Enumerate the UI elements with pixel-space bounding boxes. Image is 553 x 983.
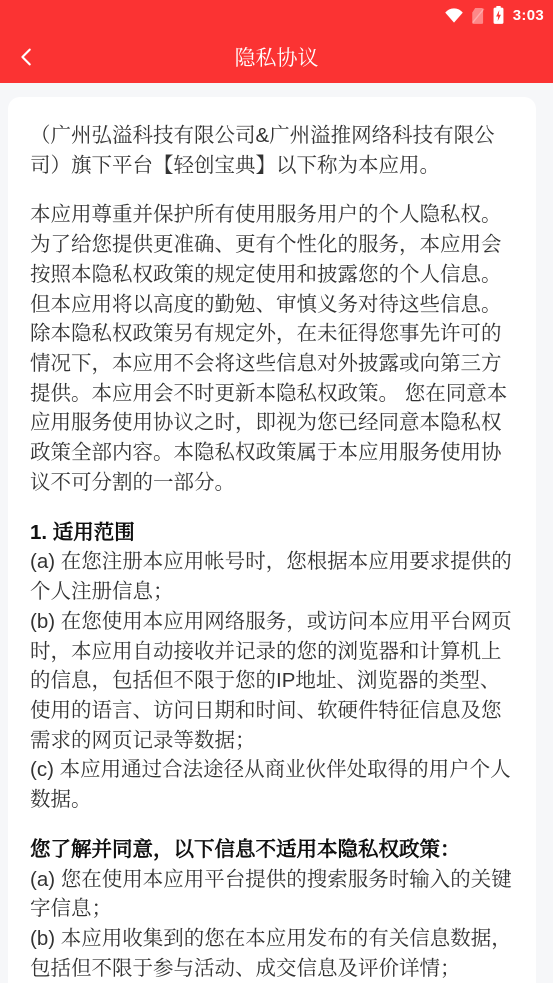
policy-paragraph: 本应用尊重并保护所有使用服务用户的个人隐私权。为了给您提供更准确、更有个性化的服… bbox=[30, 200, 520, 497]
policy-paragraph: (b) 本应用收集到的您在本应用发布的有关信息数据，包括但不限于参与活动、成交信… bbox=[30, 924, 520, 983]
back-button[interactable] bbox=[10, 40, 44, 74]
page-title: 隐私协议 bbox=[235, 42, 319, 72]
policy-paragraph: (c) 本应用通过合法途径从商业伙伴处取得的用户个人数据。 bbox=[30, 755, 520, 814]
title-bar: 隐私协议 bbox=[0, 30, 553, 83]
battery-charging-icon bbox=[493, 6, 504, 24]
content-background: （广州弘溢科技有限公司&广州溢推网络科技有限公司）旗下平台【轻创宝典】以下称为本… bbox=[0, 83, 553, 983]
policy-paragraph: (a) 在您注册本应用帐号时，您根据本应用要求提供的个人注册信息； bbox=[30, 547, 520, 606]
back-chevron-icon bbox=[16, 46, 38, 68]
wifi-icon bbox=[444, 8, 464, 23]
policy-paragraph: (b) 在您使用本应用网络服务，或访问本应用平台网页时，本应用自动接收并记录的您… bbox=[30, 607, 520, 756]
no-sim-icon bbox=[471, 7, 486, 24]
policy-heading: 1. 适用范围 bbox=[30, 518, 520, 548]
policy-scroll-area[interactable]: （广州弘溢科技有限公司&广州溢推网络科技有限公司）旗下平台【轻创宝典】以下称为本… bbox=[8, 97, 536, 983]
app-screen: 3:03 隐私协议 （广州弘溢科技有限公司&广州溢推网络科技有限公司）旗下平台【… bbox=[0, 0, 553, 983]
policy-heading: 您了解并同意，以下信息不适用本隐私权政策： bbox=[30, 835, 520, 865]
status-time: 3:03 bbox=[513, 7, 544, 24]
status-bar: 3:03 bbox=[0, 0, 553, 30]
policy-paragraph: （广州弘溢科技有限公司&广州溢推网络科技有限公司）旗下平台【轻创宝典】以下称为本… bbox=[30, 121, 520, 180]
policy-text: （广州弘溢科技有限公司&广州溢推网络科技有限公司）旗下平台【轻创宝典】以下称为本… bbox=[30, 121, 520, 983]
policy-paragraph: (a) 您在使用本应用平台提供的搜索服务时输入的关键字信息； bbox=[30, 865, 520, 924]
